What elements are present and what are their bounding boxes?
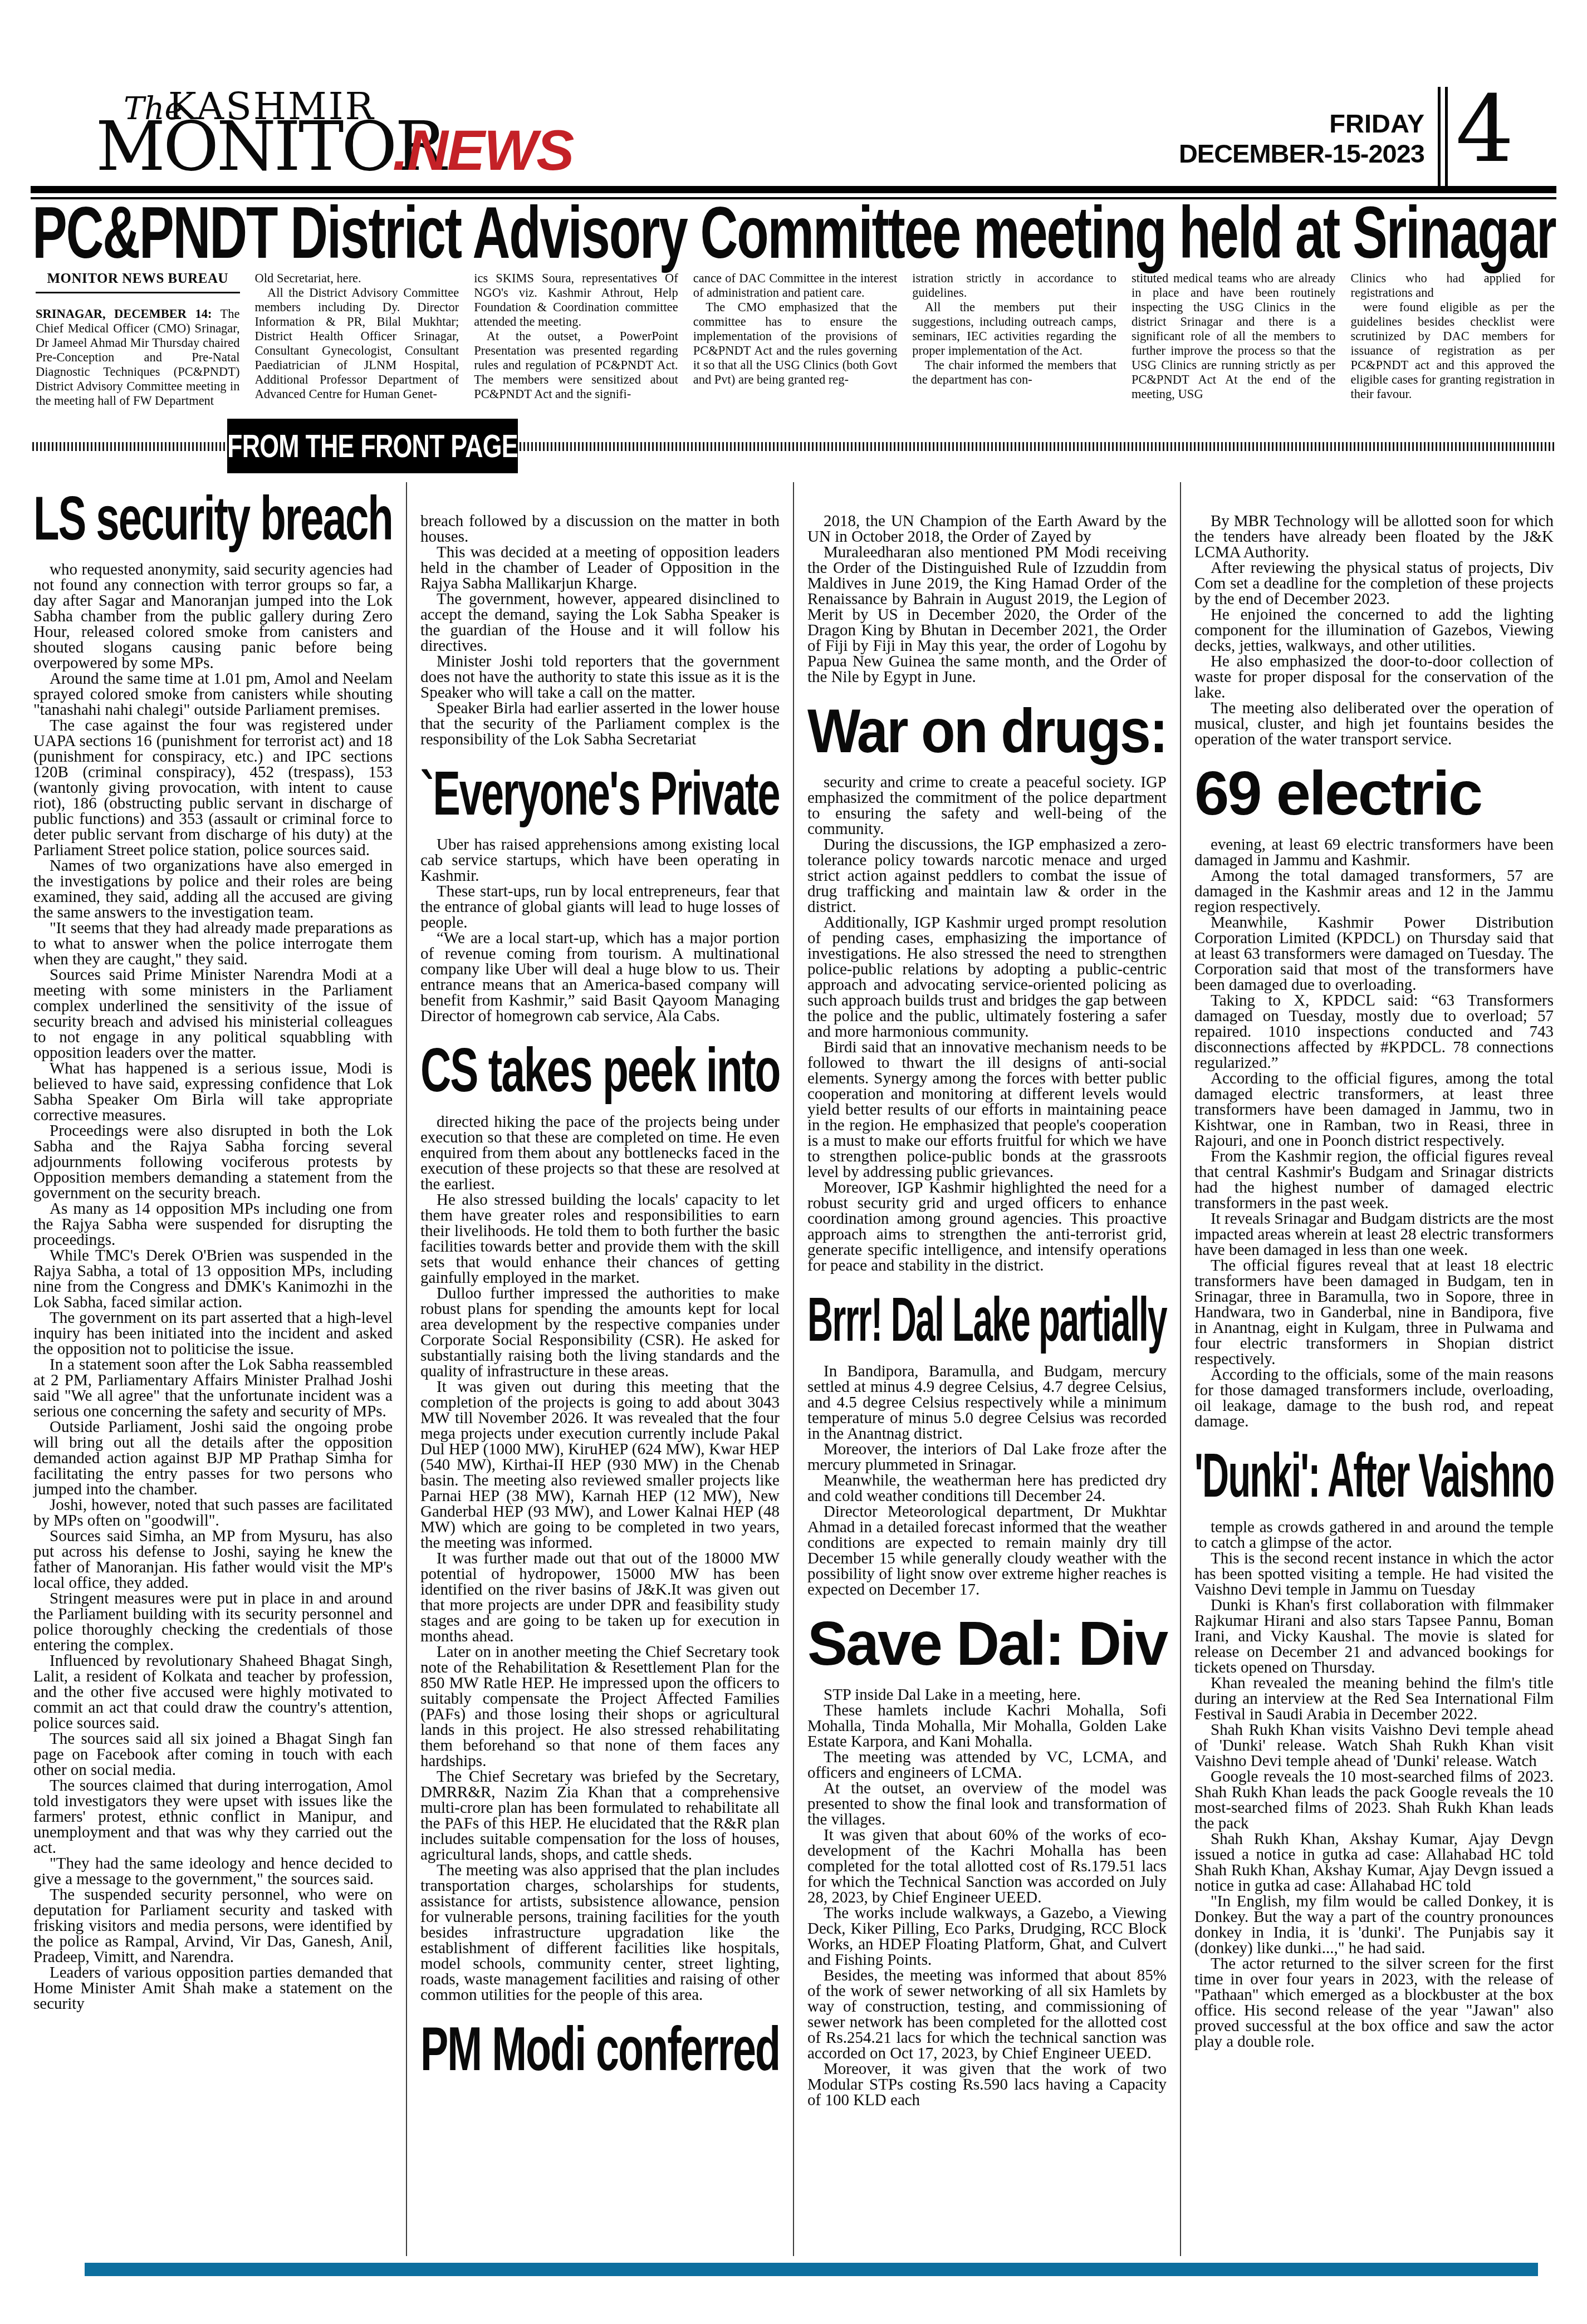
headline-text: PM Modi conferred (420, 2019, 780, 2078)
newspaper-page: The KASHMIR MONITOR .NEWS FRIDAY DECEMBE… (0, 0, 1587, 2324)
lead-story-column-5: istration strictly in accordance to guid… (912, 271, 1116, 417)
headline-text: Save Dal: Div (807, 1614, 1167, 1673)
headline-text: 69 electric (1194, 764, 1481, 822)
article-text: who requested anonymity, said security a… (33, 562, 393, 2012)
article-headline-everyones-private: `Everyone's Private (420, 764, 780, 822)
byline: MONITOR NEWS BUREAU (36, 271, 240, 293)
article-headline-save-dal: Save Dal: Div (807, 1614, 1167, 1673)
article-headline-ls-security: LS security breach (33, 489, 393, 547)
page-number: 4 (1456, 84, 1514, 175)
date-label: DECEMBER-15-2023 (1179, 138, 1424, 169)
article-text: By MBR Technology will be allotted soon … (1194, 513, 1554, 747)
lead-story-text: SRINAGAR, DECEMBER 14: The Chief Medical… (36, 307, 240, 408)
brand-news-accent: .NEWS (393, 118, 573, 183)
headline-text: CS takes peek into (420, 1041, 780, 1099)
dateline: SRINAGAR, DECEMBER 14: (36, 307, 212, 321)
article-text: temple as crowds gathered in and around … (1194, 1519, 1554, 2050)
article-text: STP inside Dal Lake in a meeting, here. … (807, 1687, 1167, 2108)
footer-accent-bar (85, 2263, 1538, 2276)
headline-text: 'Dunki': After Vaishno (1194, 1446, 1554, 1504)
article-text: breach followed by a discussion on the m… (420, 513, 780, 747)
article-text: 2018, the UN Champion of the Earth Award… (807, 513, 1167, 685)
lead-story-column-7: Clinics who had applied for registration… (1350, 271, 1555, 417)
lead-story-column-2: Old Secretariat, here. All the District … (255, 271, 459, 417)
article-headline-cs-takes-peek: CS takes peek into (420, 1041, 780, 1099)
body-column-3: 2018, the UN Champion of the Earth Award… (793, 482, 1180, 2256)
lead-headline-text: PC&PNDT District Advisory Committee meet… (32, 196, 1555, 269)
article-headline-dunki: 'Dunki': After Vaishno (1194, 1446, 1554, 1504)
article-headline-brrr-dal-lake: Brrr! Dal Lake partially (807, 1290, 1167, 1349)
lead-story-column-6: stituted medical teams who are already i… (1132, 271, 1336, 417)
article-text: In Bandipora, Baramulla, and Budgam, mer… (807, 1364, 1167, 1597)
section-banner-label: FROM THE FRONT PAGE (227, 428, 518, 465)
lead-story-column-1: MONITOR NEWS BUREAU SRINAGAR, DECEMBER 1… (36, 271, 240, 417)
body-column-1: LS security breach who requested anonymi… (32, 482, 406, 2256)
lead-story-body: The Chief Medical Officer (CMO) Srinagar… (36, 307, 240, 408)
brand-monitor: MONITOR (96, 107, 444, 186)
article-text: security and crime to create a peaceful … (807, 774, 1167, 1273)
lead-headline: PC&PNDT District Advisory Committee meet… (32, 196, 1555, 274)
lead-story-column-4: cance of DAC Committee in the interest o… (693, 271, 898, 417)
body-columns: LS security breach who requested anonymi… (32, 482, 1555, 2256)
body-column-2: breach followed by a discussion on the m… (406, 482, 793, 2256)
article-headline-69-electric: 69 electric (1194, 764, 1554, 822)
lead-story: MONITOR NEWS BUREAU SRINAGAR, DECEMBER 1… (36, 271, 1555, 417)
article-text: directed hiking the pace of the projects… (420, 1114, 780, 2003)
weekday-label: FRIDAY (1329, 108, 1424, 139)
section-banner: FROM THE FRONT PAGE (227, 419, 518, 473)
lead-story-column-3: ics SKIMS Soura, representatives Of NGO'… (474, 271, 678, 417)
section-banner-row: FROM THE FRONT PAGE (32, 419, 1555, 475)
article-text: evening, at least 69 electric transforme… (1194, 837, 1554, 1429)
article-headline-war-on-drugs: War on drugs: (807, 702, 1167, 760)
body-column-4: By MBR Technology will be allotted soon … (1180, 482, 1555, 2256)
article-headline-pm-modi-conferred: PM Modi conferred (420, 2019, 780, 2078)
headline-text: LS security breach (33, 489, 393, 547)
headline-text: `Everyone's Private (420, 764, 780, 822)
headline-text: War on drugs: (807, 702, 1167, 760)
headline-text: Brrr! Dal Lake partially (807, 1290, 1167, 1349)
page-number-divider (1438, 87, 1448, 187)
article-text: Uber has raised apprehensions among exis… (420, 837, 780, 1024)
